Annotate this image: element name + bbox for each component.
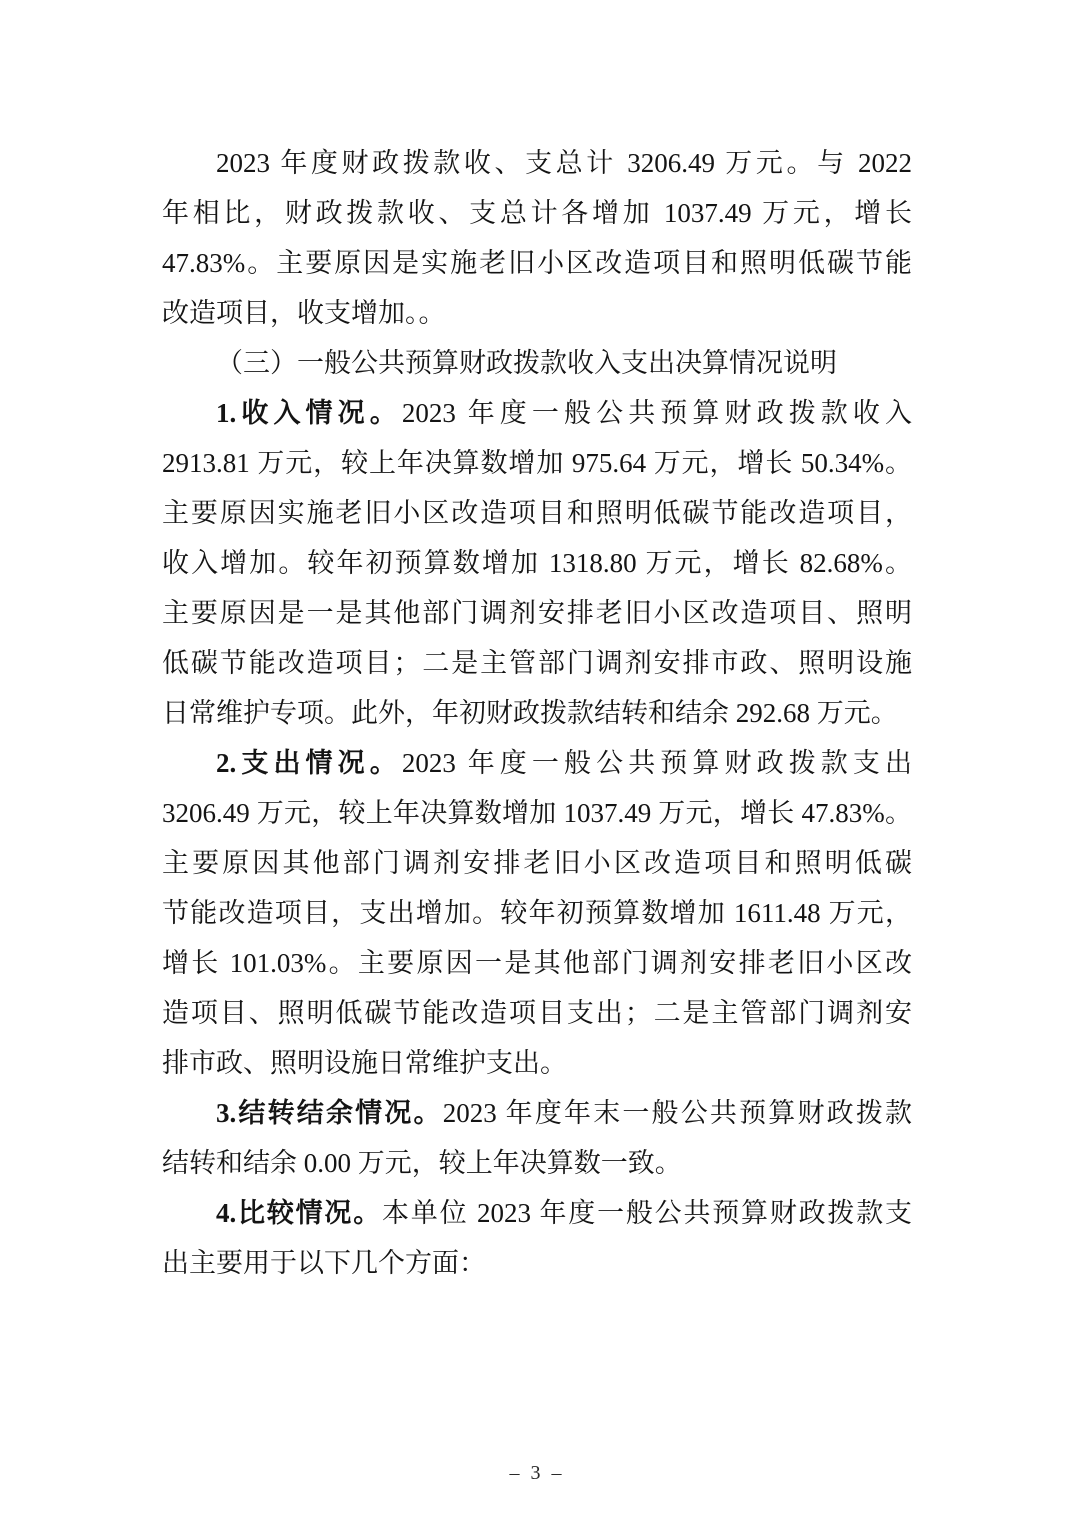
text-line: 节能改造项目，支出增加。较年初预算数增加 1611.48 万元， [162,888,912,938]
text-run: 2023 年度年末一般公共预算财政拨款 [443,1098,912,1128]
text-line: 2.支出情况。2023 年度一般公共预算财政拨款支出 [162,738,912,788]
page-number: – 3 – [0,1462,1074,1485]
text-run: 排市政、照明设施日常维护支出。 [162,1048,567,1078]
text-line: 主要原因是一是其他部门调剂安排老旧小区改造项目、照明 [162,588,912,638]
paragraph-expenditure-situation: 2.支出情况。2023 年度一般公共预算财政拨款支出3206.49 万元，较上年… [162,738,912,1088]
bold-run-in-heading: 2.支出情况。 [216,748,402,778]
paragraph-comparison-situation: 4.比较情况。本单位 2023 年度一般公共预算财政拨款支出主要用于以下几个方面… [162,1188,912,1288]
text-run: （三）一般公共预算财政拨款收入支出决算情况说明 [216,348,837,378]
text-run: 节能改造项目，支出增加。较年初预算数增加 1611.48 万元， [162,898,912,928]
text-line: 改造项目，收支增加。。 [162,288,912,338]
text-line: 主要原因其他部门调剂安排老旧小区改造项目和照明低碳 [162,838,912,888]
text-run: 增长 101.03%。主要原因一是其他部门调剂安排老旧小区改 [162,948,912,978]
text-line: 2913.81 万元，较上年决算数增加 975.64 万元，增长 50.34%。 [162,438,912,488]
text-line: 低碳节能改造项目；二是主管部门调剂安排市政、照明设施 [162,638,912,688]
text-line: 2023 年度财政拨款收、支总计 3206.49 万元。与 2022 [162,138,912,188]
paragraph-total-funds: 2023 年度财政拨款收、支总计 3206.49 万元。与 2022年相比，财政… [162,138,912,338]
text-line: 年相比，财政拨款收、支总计各增加 1037.49 万元，增长 [162,188,912,238]
text-run: 出主要用于以下几个方面： [162,1248,486,1278]
text-run: 3206.49 万元，较上年决算数增加 1037.49 万元，增长 47.83%… [162,798,912,828]
document-page: 2023 年度财政拨款收、支总计 3206.49 万元。与 2022年相比，财政… [0,0,1074,1520]
text-line: 3.结转结余情况。2023 年度年末一般公共预算财政拨款 [162,1088,912,1138]
text-run: 改造项目，收支增加。。 [162,298,446,328]
text-line: （三）一般公共预算财政拨款收入支出决算情况说明 [162,338,912,388]
text-line: 出主要用于以下几个方面： [162,1238,912,1288]
text-line: 47.83%。主要原因是实施老旧小区改造项目和照明低碳节能 [162,238,912,288]
text-line: 收入增加。较年初预算数增加 1318.80 万元，增长 82.68%。 [162,538,912,588]
text-run: 2023 年度财政拨款收、支总计 3206.49 万元。与 2022 [216,148,912,178]
text-run: 本单位 2023 年度一般公共预算财政拨款支 [382,1198,912,1228]
text-run: 造项目、照明低碳节能改造项目支出；二是主管部门调剂安 [162,998,912,1028]
heading-section-three: （三）一般公共预算财政拨款收入支出决算情况说明 [162,338,912,388]
bold-run-in-heading: 3.结转结余情况。 [216,1098,443,1128]
paragraph-income-situation: 1.收入情况。2023 年度一般公共预算财政拨款收入2913.81 万元，较上年… [162,388,912,738]
bold-run-in-heading: 4.比较情况。 [216,1198,382,1228]
text-line: 造项目、照明低碳节能改造项目支出；二是主管部门调剂安 [162,988,912,1038]
text-run: 2023 年度一般公共预算财政拨款支出 [402,748,912,778]
text-line: 1.收入情况。2023 年度一般公共预算财政拨款收入 [162,388,912,438]
text-line: 3206.49 万元，较上年决算数增加 1037.49 万元，增长 47.83%… [162,788,912,838]
text-run: 主要原因实施老旧小区改造项目和照明低碳节能改造项目， [162,498,912,528]
text-run: 2023 年度一般公共预算财政拨款收入 [402,398,912,428]
text-run: 2913.81 万元，较上年决算数增加 975.64 万元，增长 50.34%。 [162,448,912,478]
text-run: 收入增加。较年初预算数增加 1318.80 万元，增长 82.68%。 [162,548,912,578]
bold-run-in-heading: 1.收入情况。 [216,398,402,428]
text-run: 主要原因是一是其他部门调剂安排老旧小区改造项目、照明 [162,598,912,628]
text-line: 排市政、照明设施日常维护支出。 [162,1038,912,1088]
document-body: 2023 年度财政拨款收、支总计 3206.49 万元。与 2022年相比，财政… [162,138,912,1288]
text-line: 日常维护专项。此外，年初财政拨款结转和结余 292.68 万元。 [162,688,912,738]
text-run: 47.83%。主要原因是实施老旧小区改造项目和照明低碳节能 [162,248,912,278]
text-line: 结转和结余 0.00 万元，较上年决算数一致。 [162,1138,912,1188]
text-run: 低碳节能改造项目；二是主管部门调剂安排市政、照明设施 [162,648,912,678]
text-run: 结转和结余 0.00 万元，较上年决算数一致。 [162,1148,682,1178]
text-run: 日常维护专项。此外，年初财政拨款结转和结余 292.68 万元。 [162,698,898,728]
text-line: 主要原因实施老旧小区改造项目和照明低碳节能改造项目， [162,488,912,538]
paragraph-carryover-situation: 3.结转结余情况。2023 年度年末一般公共预算财政拨款结转和结余 0.00 万… [162,1088,912,1188]
text-line: 4.比较情况。本单位 2023 年度一般公共预算财政拨款支 [162,1188,912,1238]
text-run: 主要原因其他部门调剂安排老旧小区改造项目和照明低碳 [162,848,912,878]
text-line: 增长 101.03%。主要原因一是其他部门调剂安排老旧小区改 [162,938,912,988]
text-run: 年相比，财政拨款收、支总计各增加 1037.49 万元，增长 [162,198,912,228]
